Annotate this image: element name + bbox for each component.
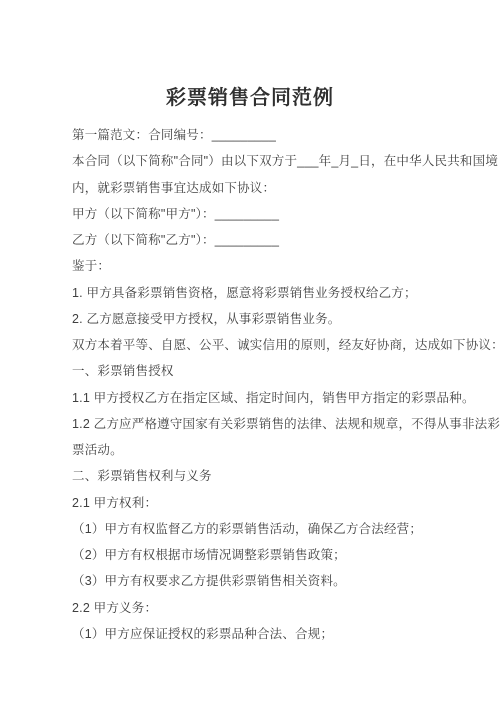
doc-line-clause-2-2-item-1: （1）甲方应保证授权的彩票品种合法、合规； (72, 621, 460, 647)
doc-line-section-1-heading: 一、彩票销售授权 (72, 358, 460, 384)
doc-line-party-b: 乙方（以下简称"乙方"）：_________ (72, 227, 460, 253)
doc-line-intro-1: 本合同（以下简称"合同"）由以下双方于___年_月_日，在中华人民共和国境 (72, 148, 460, 174)
document-body: 第一篇范文：合同编号：_________ 本合同（以下简称"合同"）由以下双方于… (72, 122, 460, 647)
doc-line-clause-2-1: 2.1 甲方权利： (72, 490, 460, 516)
doc-line-clause-2-1-item-2: （2）甲方有权根据市场情况调整彩票销售政策； (72, 542, 460, 568)
doc-line-intro-2: 内，就彩票销售事宜达成如下协议： (72, 175, 460, 201)
document-page: 彩票销售合同范例 第一篇范文：合同编号：_________ 本合同（以下简称"合… (0, 0, 500, 707)
doc-line-principles: 双方本着平等、自愿、公平、诚实信用的原则，经友好协商，达成如下协议： (72, 332, 460, 358)
doc-line-subtitle-contract-number: 第一篇范文：合同编号：_________ (72, 122, 460, 148)
doc-line-clause-2-1-item-3: （3）甲方有权要求乙方提供彩票销售相关资料。 (72, 568, 460, 594)
doc-line-clause-1-2-cont: 票活动。 (72, 437, 460, 463)
doc-line-whereas: 鉴于： (72, 253, 460, 279)
doc-line-clause-2-1-item-1: （1）甲方有权监督乙方的彩票销售活动，确保乙方合法经营； (72, 516, 460, 542)
doc-line-whereas-item-2: 2. 乙方愿意接受甲方授权，从事彩票销售业务。 (72, 306, 460, 332)
doc-line-clause-1-2: 1.2 乙方应严格遵守国家有关彩票销售的法律、法规和规章，不得从事非法彩 (72, 411, 460, 437)
page-title: 彩票销售合同范例 (0, 84, 500, 112)
doc-line-clause-2-2: 2.2 甲方义务： (72, 595, 460, 621)
doc-line-clause-1-1: 1.1 甲方授权乙方在指定区域、指定时间内，销售甲方指定的彩票品种。 (72, 385, 460, 411)
doc-line-party-a: 甲方（以下简称"甲方"）：_________ (72, 201, 460, 227)
doc-line-whereas-item-1: 1. 甲方具备彩票销售资格，愿意将彩票销售业务授权给乙方； (72, 280, 460, 306)
doc-line-section-2-heading: 二、彩票销售权利与义务 (72, 463, 460, 489)
